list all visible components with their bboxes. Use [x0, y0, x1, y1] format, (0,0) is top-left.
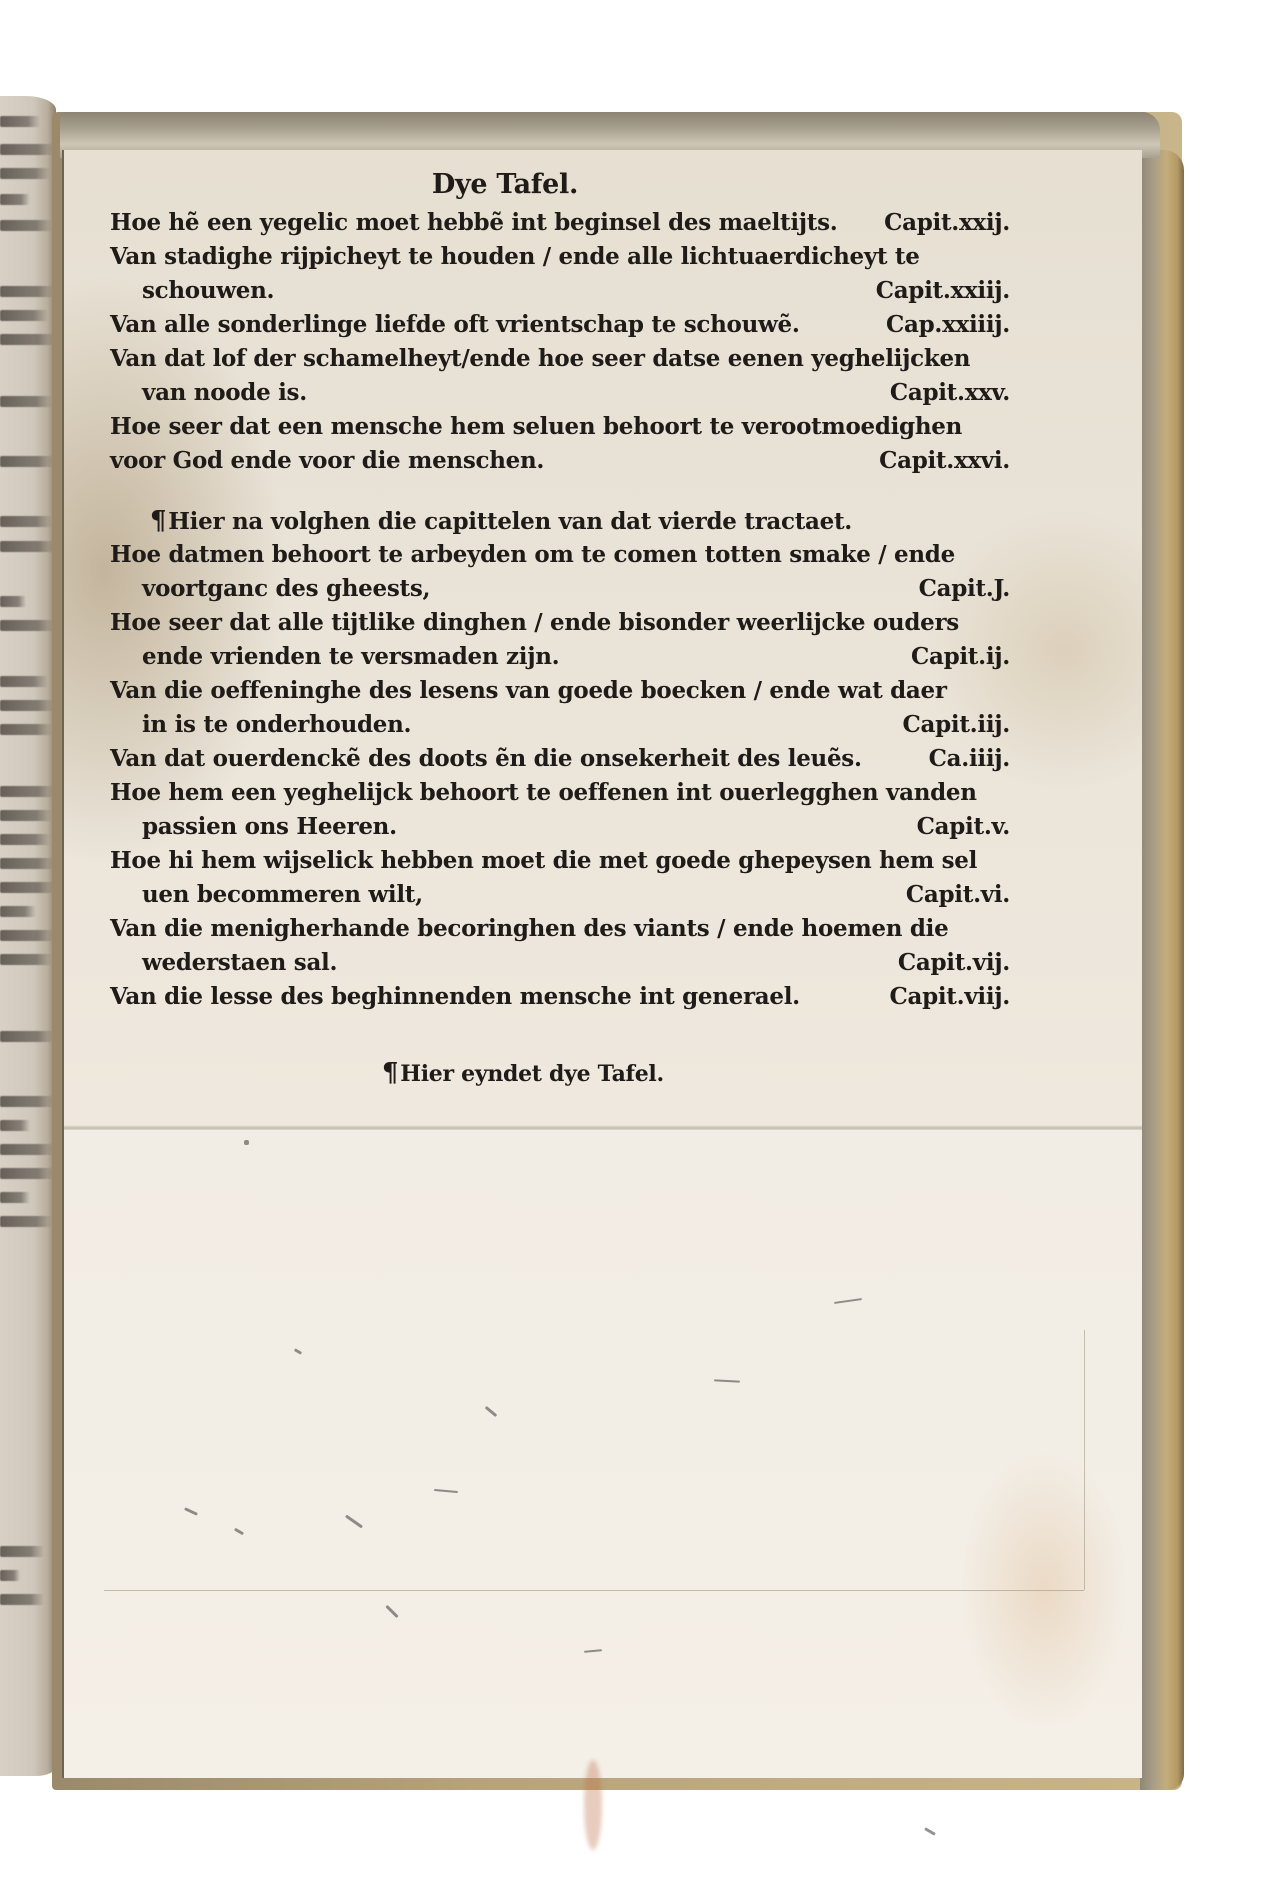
chapter-number: Capit.viij. [889, 980, 1010, 1014]
page-title: Dye Tafel. [110, 168, 900, 202]
facing-page-text-line [0, 1168, 54, 1179]
toc-entry: Hoe hi hem wijselick hebben moet die met… [110, 844, 1010, 912]
toc-entry: Van die lesse des beghinnenden mensche i… [110, 980, 1010, 1014]
toc-entry-text-continued: in is te onderhouden. [110, 708, 1010, 742]
facing-page-text-line [0, 700, 54, 711]
toc-entry-text: Hoe hẽ een yegelic moet hebbẽ int begi… [110, 206, 1010, 240]
section-heading: ¶Hier na volghen die capittelen van dat … [110, 504, 1010, 538]
table-of-contents: Dye Tafel. Hoe hẽ een yegelic moet hebb… [110, 168, 1010, 1090]
facing-page-text-line [0, 310, 48, 321]
plate-mark [104, 1590, 1084, 1591]
chapter-number: Capit.xxv. [890, 376, 1010, 410]
facing-page-text-line [0, 810, 52, 821]
facing-page-text-line [0, 1192, 30, 1203]
facing-page-text-line [0, 220, 52, 231]
chapter-number: Capit.vi. [906, 878, 1010, 912]
plate-mark [1084, 1330, 1085, 1590]
toc-entry-text: Hoe datmen behoort te arbeyden om te com… [110, 538, 1010, 572]
chapter-number: Capit.ij. [911, 640, 1010, 674]
fore-edge [1140, 150, 1184, 1790]
toc-entry-text-continued: voor God ende voor die menschen. [110, 444, 1010, 478]
speck [244, 1140, 249, 1145]
facing-page-text-line [0, 620, 54, 631]
facing-page-text-line [0, 676, 48, 687]
chapter-number: Capit.v. [917, 810, 1010, 844]
toc-entry-text: Van stadighe rijpicheyt te houden / ende… [110, 240, 1010, 274]
facing-page-text-line [0, 1144, 54, 1155]
section-heading-text: Hier na volghen die capittelen van dat v… [168, 508, 852, 535]
facing-page-text-line [0, 516, 52, 527]
closing-line: ¶Hier eyndet dye Tafel. [110, 1056, 1010, 1090]
facing-page-text-line [0, 834, 50, 845]
red-stain [584, 1760, 602, 1850]
chapter-number: Capit.iij. [903, 708, 1010, 742]
facing-page-text-line [0, 930, 54, 941]
facing-page-text-line [0, 286, 54, 297]
facing-page-text-line [0, 1031, 54, 1042]
chapter-number: Capit.xxvi. [879, 444, 1010, 478]
toc-entry: Hoe hem een yeghelijck behoort te oeffen… [110, 776, 1010, 844]
toc-entry: Van stadighe rijpicheyt te houden / ende… [110, 240, 1010, 308]
facing-page-text-line [0, 724, 52, 735]
toc-entry: Van die menigherhande becoringhen des vi… [110, 912, 1010, 980]
facing-page-text-line [0, 456, 54, 467]
toc-entry: Hoe seer dat alle tijtlike dinghen / end… [110, 606, 1010, 674]
toc-entry: Hoe seer dat een mensche hem seluen beho… [110, 410, 1010, 478]
chapter-number: Capit.J. [919, 572, 1010, 606]
toc-entry: Van dat ouerdenckẽ des doots ẽn die on… [110, 742, 1010, 776]
facing-page-text-line [0, 144, 54, 155]
toc-entry-text: Van die menigherhande becoringhen des vi… [110, 912, 1010, 946]
toc-entry-text-continued: wederstaen sal. [110, 946, 1010, 980]
pilcrow-icon: ¶ [382, 1058, 398, 1088]
toc-entry-text: Van dat ouerdenckẽ des doots ẽn die on… [110, 742, 1010, 776]
toc-entry-text: Van alle sonderlinge liefde oft vrientsc… [110, 308, 1010, 342]
toc-entry-text-continued: ende vrienden te versmaden zijn. [110, 640, 1010, 674]
facing-page-text-line [0, 1096, 54, 1107]
facing-page-text-line [0, 1570, 20, 1581]
facing-page-left [0, 96, 56, 1776]
facing-page-text-line [0, 168, 50, 179]
toc-entry-text: Hoe seer dat alle tijtlike dinghen / end… [110, 606, 1010, 640]
facing-page-text-line [0, 541, 55, 552]
closing-text: Hier eyndet dye Tafel. [400, 1061, 664, 1087]
chapter-number: Cap.xxiiij. [886, 308, 1010, 342]
chapter-number: Capit.xxij. [884, 206, 1010, 240]
chapter-number: Capit.vij. [898, 946, 1010, 980]
toc-entry: Van die oeffeninghe des lesens van goede… [110, 674, 1010, 742]
pilcrow-icon: ¶ [150, 506, 166, 536]
toc-entry-text-continued: passien ons Heeren. [110, 810, 1010, 844]
repaired-lower-paper [64, 1130, 1142, 1778]
toc-entry-text: Van dat lof der schamelheyt/ende hoe see… [110, 342, 1010, 376]
facing-page-text-line [0, 1120, 30, 1131]
facing-page-text-line [0, 116, 40, 127]
facing-page-text-line [0, 882, 55, 893]
toc-entry-text: Van die oeffeninghe des lesens van goede… [110, 674, 1010, 708]
facing-page-text-line [0, 858, 54, 869]
facing-page-text-line [0, 334, 55, 345]
facing-page-text-line [0, 786, 54, 797]
facing-page-text-line [0, 1546, 44, 1557]
chapter-number: Ca.iiij. [929, 742, 1010, 776]
toc-entry: Hoe hẽ een yegelic moet hebbẽ int begi… [110, 206, 1010, 240]
speck [924, 1827, 936, 1836]
toc-entry-text: Hoe seer dat een mensche hem seluen beho… [110, 410, 1010, 444]
chapter-number: Capit.xxiij. [876, 274, 1010, 308]
facing-page-text-line [0, 596, 26, 607]
toc-entry: Van alle sonderlinge liefde oft vrientsc… [110, 308, 1010, 342]
facing-page-text-line [0, 1216, 52, 1227]
toc-entry-text: Hoe hi hem wijselick hebben moet die met… [110, 844, 1010, 878]
facing-page-text-line [0, 194, 30, 205]
facing-page-text-line [0, 1594, 44, 1605]
facing-page-text-line [0, 906, 36, 917]
facing-page-text-line [0, 396, 52, 407]
facing-page-text-line [0, 954, 52, 965]
toc-entry: Hoe datmen behoort te arbeyden om te com… [110, 538, 1010, 606]
toc-entry: Van dat lof der schamelheyt/ende hoe see… [110, 342, 1010, 410]
toc-entry-text-continued: van noode is. [110, 376, 1010, 410]
toc-entry-text-continued: voortganc des gheests, [110, 572, 1010, 606]
toc-entry-text: Van die lesse des beghinnenden mensche i… [110, 980, 1010, 1014]
toc-entry-text: Hoe hem een yeghelijck behoort te oeffen… [110, 776, 1010, 810]
toc-entry-text-continued: uen becommeren wilt, [110, 878, 1010, 912]
